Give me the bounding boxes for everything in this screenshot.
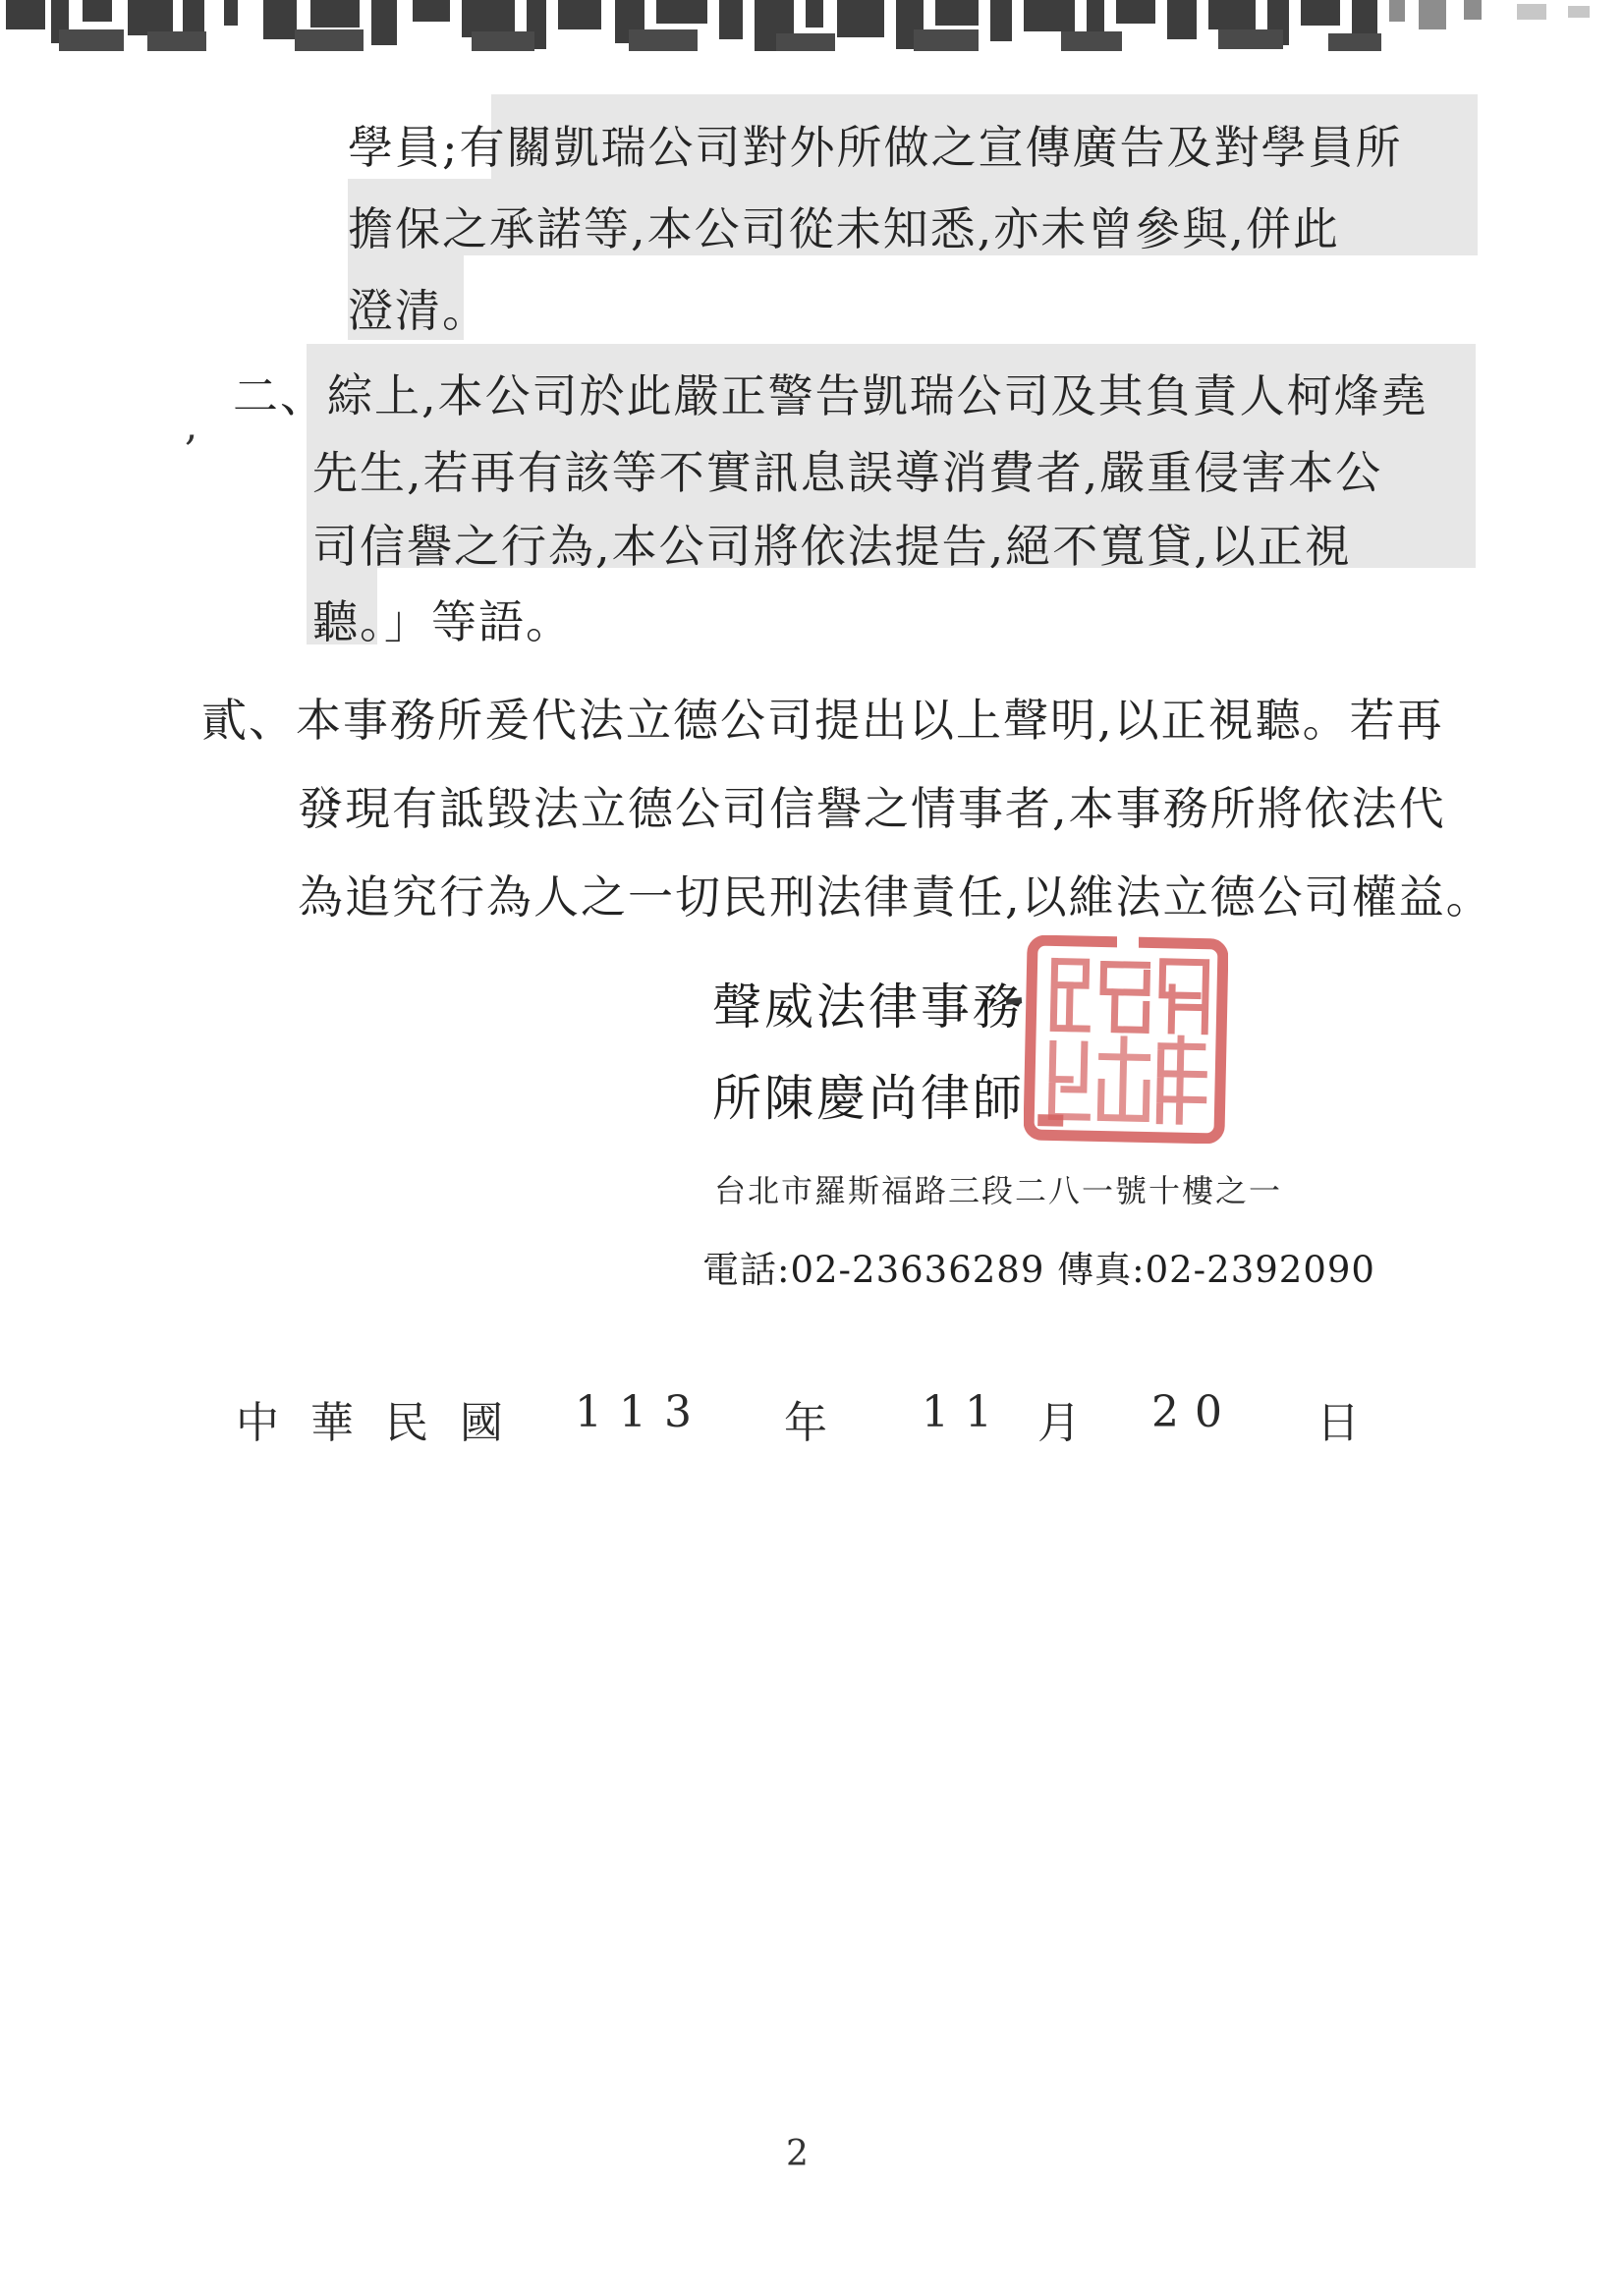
firm-name-line2: 所陳慶尚律師 bbox=[712, 1059, 1025, 1130]
date-token-digit: 1 bbox=[575, 1387, 602, 1437]
scanned-legal-document-page: 學員;有關凱瑞公司對外所做之宣傳廣告及對學員所 擔保之承諾等,本公司從未知悉,亦… bbox=[0, 0, 1624, 2296]
date-token-digit: 1 bbox=[922, 1387, 949, 1437]
firm-name-line1: 聲威法律事務 bbox=[712, 968, 1025, 1038]
para2-line3: 司信譽之行為,本公司將依法提告,絕不寬貸,以正視 bbox=[312, 521, 1352, 573]
seal-border-notch bbox=[1117, 935, 1139, 948]
para1-line2: 擔保之承諾等,本公司從未知悉,亦未曾參與,併此 bbox=[348, 203, 1340, 255]
date-token-digit: 3 bbox=[664, 1387, 692, 1437]
date-token: 月 bbox=[1037, 1387, 1081, 1450]
firm-address: 台北市羅斯福路三段二八一號十樓之一 bbox=[714, 1166, 1282, 1211]
para2-line1: 二、綜上,本公司於此嚴正警告凱瑞公司及其負責人柯烽堯 bbox=[233, 370, 1428, 422]
lawyer-seal-stamp bbox=[1024, 935, 1228, 1144]
date-token: 民 bbox=[385, 1387, 428, 1450]
date-token-digit: 0 bbox=[1195, 1387, 1222, 1437]
firm-contact: 電話:02-23636289 傳真:02-2392090 bbox=[702, 1240, 1375, 1293]
date-token-digit: 2 bbox=[1151, 1387, 1179, 1437]
date-token-digit: 1 bbox=[619, 1387, 646, 1437]
para3-line3: 為追究行為人之一切民刑法律責任,以維法立德公司權益。 bbox=[298, 871, 1493, 924]
para3-line2: 發現有詆毀法立德公司信譽之情事者,本事務所將依法代 bbox=[298, 783, 1446, 835]
para2-line2: 先生,若再有該等不實訊息誤導消費者,嚴重侵害本公 bbox=[312, 447, 1382, 499]
date-token: 年 bbox=[784, 1387, 827, 1450]
scan-noise-artifact bbox=[0, 0, 1624, 57]
para1-line3: 澄清。 bbox=[348, 285, 489, 337]
para2-line4: 聽。」等語。 bbox=[312, 596, 573, 648]
para3-line1: 貳、本事務所爰代法立德公司提出以上聲明,以正視聽。若再 bbox=[201, 695, 1444, 747]
date-token: 華 bbox=[310, 1387, 354, 1450]
page-number: 2 bbox=[786, 2134, 809, 2174]
date-token: 中 bbox=[236, 1387, 279, 1450]
para1-line1: 學員;有關凱瑞公司對外所做之宣傳廣告及對學員所 bbox=[348, 122, 1403, 174]
stray-ink-mark: , bbox=[185, 401, 197, 449]
date-token-digit: 1 bbox=[965, 1387, 992, 1437]
date-token: 日 bbox=[1316, 1387, 1360, 1450]
date-token: 國 bbox=[460, 1387, 503, 1450]
